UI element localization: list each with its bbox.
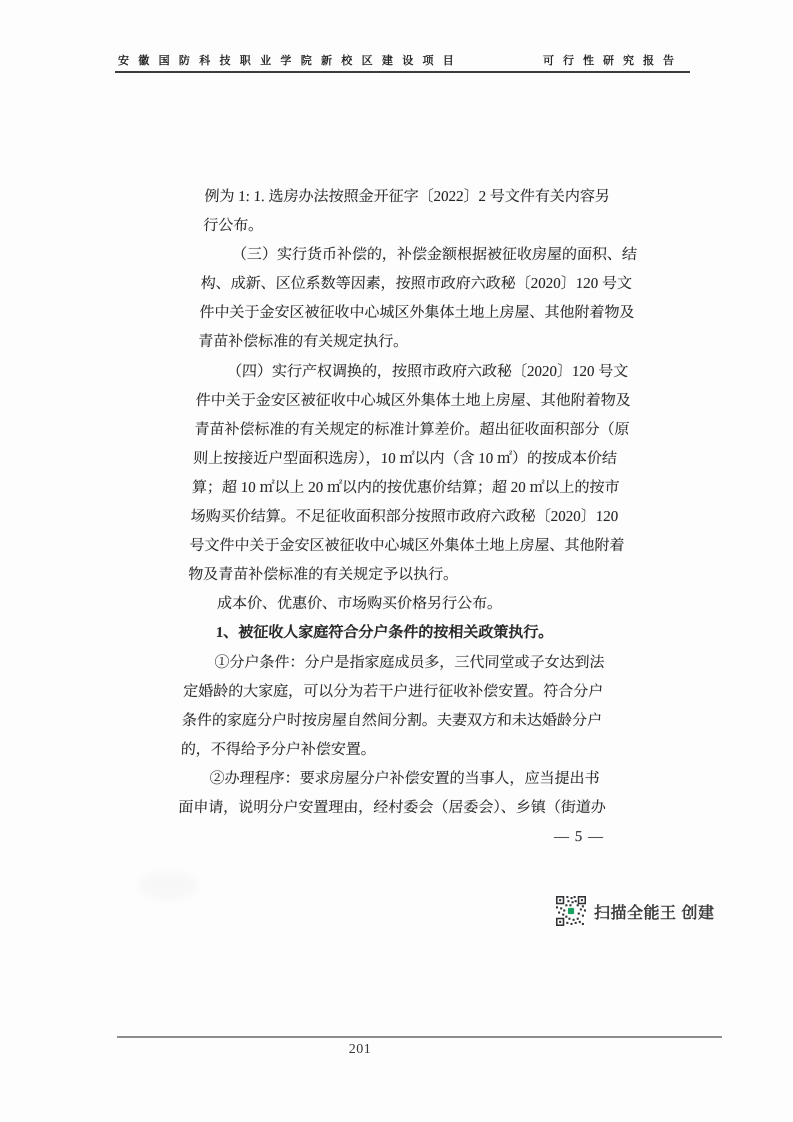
text-line: 1、被征收人家庭符合分户条件的按相关政策执行。 — [185, 619, 621, 648]
page-number: — 5 — — [176, 823, 612, 852]
text-line: 算；超 10 ㎡以上 20 ㎡以内的按优惠价结算；超 20 ㎡以上的按市 — [191, 474, 627, 503]
document-body: 例为 1: 1. 选房办法按照金开征字〔2022〕2 号文件有关内容另行公布。（… — [176, 183, 640, 852]
text-line: 定婚龄的大家庭，可以分为若干户进行征收补偿安置。符合分户 — [183, 678, 619, 707]
watermark-label: 扫描全能王 创建 — [594, 900, 714, 923]
text-line: 号文件中关于金安区被征收中心城区外集体土地上房屋、其他附着 — [189, 532, 625, 561]
qr-code-icon — [556, 896, 586, 926]
text-line: ②办理程序：要求房屋分户补偿安置的当事人，应当提出书 — [179, 765, 615, 794]
text-line: 件中关于金安区被征收中心城区外集体土地上房屋、其他附着物及 — [195, 387, 631, 416]
document-page: 安徽国防科技职业学院新校区建设项目 可行性研究报告 例为 1: 1. 选房办法按… — [0, 0, 793, 1122]
text-line: 成本价、优惠价、市场购买价格另行公布。 — [186, 590, 622, 619]
header-rule — [115, 71, 690, 73]
text-line: （三）实行货币补偿的，补偿金额根据被征收房屋的面积、结 — [201, 241, 637, 270]
text-line: 物及青苗补偿标准的有关规定予以执行。 — [188, 561, 624, 590]
text-line: 青苗补偿标准的有关规定执行。 — [198, 328, 634, 357]
footer-rule — [117, 1036, 722, 1038]
scanner-watermark: 扫描全能王 创建 — [556, 896, 714, 926]
text-line: 面申请，说明分户安置理由，经村委会（居委会）、乡镇（街道办 — [178, 794, 614, 823]
text-line: 场购买价结算。不足征收面积部分按照市政府六政秘〔2020〕120 — [190, 503, 626, 532]
text-line: 条件的家庭分户时按房屋自然间分割。夫妻双方和未达婚龄分户 — [181, 707, 617, 736]
text-line: 则上按接近户型面积选房），10 ㎡以内（含 10 ㎡）的按成本价结 — [193, 445, 629, 474]
header-left-title: 安徽国防科技职业学院新校区建设项目 — [118, 52, 463, 68]
text-line: 行公布。 — [203, 212, 639, 241]
text-line: 件中关于金安区被征收中心城区外集体土地上房屋、其他附着物及 — [199, 299, 635, 328]
text-line: ①分户条件：分户是指家庭成员多，三代同堂或子女达到法 — [184, 649, 620, 678]
footer-page-number: 201 — [300, 1042, 420, 1058]
text-line: （四）实行产权调换的，按照市政府六政秘〔2020〕120 号文 — [196, 358, 632, 387]
text-line: 例为 1: 1. 选房办法按照金开征字〔2022〕2 号文件有关内容另 — [204, 183, 640, 212]
header-right-title: 可行性研究报告 — [543, 52, 683, 68]
body-lines: 例为 1: 1. 选房办法按照金开征字〔2022〕2 号文件有关内容另行公布。（… — [178, 183, 640, 823]
text-line: 的，不得给予分户补偿安置。 — [180, 736, 616, 765]
text-line: 构、成新、区位系数等因素，按照市政府六政秘〔2020〕120 号文 — [200, 270, 636, 299]
text-line: 青苗补偿标准的有关规定的标准计算差价。超出征收面积部分（原 — [194, 416, 630, 445]
scan-smudge — [138, 872, 198, 900]
